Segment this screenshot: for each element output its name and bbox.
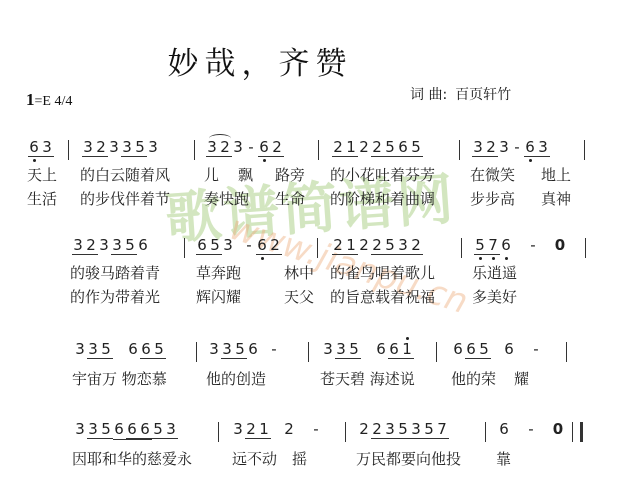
credit-name: 百页轩竹 [455, 87, 511, 103]
measure: 323-63 [472, 138, 550, 157]
barline [585, 238, 586, 258]
measure: 323356 [72, 236, 150, 255]
barline [345, 422, 346, 442]
measure: 6-0 [498, 420, 565, 438]
measure: 2122532 [332, 236, 423, 255]
barline [317, 238, 318, 258]
measure: 3212- [232, 420, 323, 439]
barline [68, 140, 69, 160]
measure: 2122565 [332, 138, 423, 157]
measure: 323353 [82, 138, 160, 157]
barline [184, 238, 185, 258]
key-tonic: 1 [26, 90, 35, 109]
barline [308, 342, 309, 362]
credit-label: 词 曲: [410, 87, 447, 103]
barline [485, 422, 486, 442]
barline [218, 422, 219, 442]
barline [318, 140, 319, 160]
barline [436, 342, 437, 362]
barline [566, 342, 567, 362]
measure: 6656- [452, 340, 543, 359]
barline [459, 140, 460, 160]
measure: 33566653 [74, 420, 178, 440]
measure: 323-62 [206, 138, 284, 157]
measure: 653-62 [196, 236, 282, 255]
measure: 335665 [74, 340, 166, 359]
barline [194, 140, 195, 160]
measure: 63 [28, 138, 54, 157]
key-and-time: =E 4/4 [35, 94, 73, 109]
credit: 词 曲:百页轩竹 [410, 84, 511, 104]
barline [584, 140, 585, 160]
song-title: 妙哉，齐赞 [140, 38, 380, 83]
measure: 2235357 [358, 420, 449, 439]
key-signature: 1=E 4/4 [26, 90, 72, 110]
barline [461, 238, 462, 258]
barline [196, 342, 197, 362]
measure: 3356- [208, 340, 281, 359]
measure: 576-0 [474, 236, 567, 255]
measure: 335661 [322, 340, 414, 359]
final-barline [572, 422, 583, 442]
